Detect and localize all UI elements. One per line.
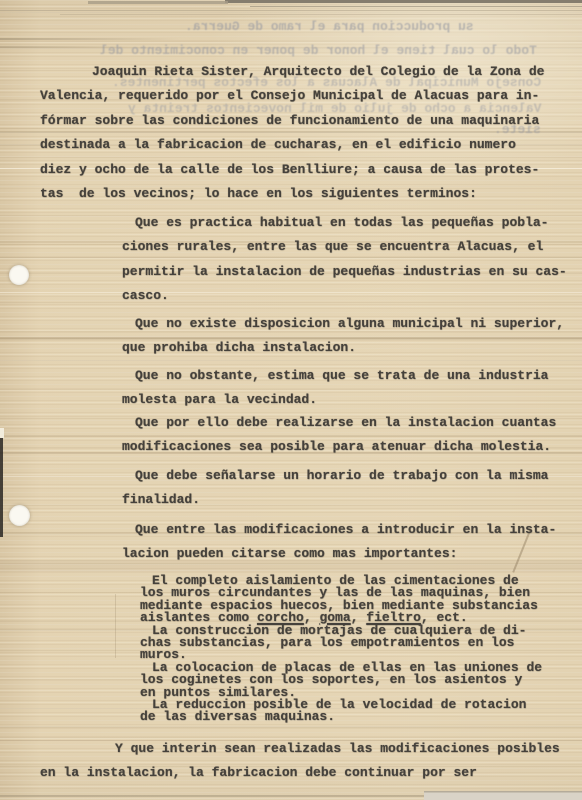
text-line: Que es practica habitual en todas las pe… — [122, 211, 567, 235]
text-line: permitir la instalacion de pequeñas indu… — [122, 260, 567, 284]
modifications-list: El completo aislamiento de las cimentaci… — [140, 575, 542, 724]
page-curl-line — [0, 38, 180, 40]
paragraph-que-4: Que por ello debe realizarse en la insta… — [122, 411, 556, 460]
list-item-line: de las diversas maquinas. — [140, 711, 542, 723]
text-line: lacion pueden citarse como mas important… — [122, 542, 556, 566]
text-line: Joaquin Rieta Sister, Arquitecto del Col… — [40, 60, 544, 84]
text-line: Y que interin sean realizadas las modifi… — [40, 737, 560, 761]
paper-crease — [115, 594, 116, 658]
text-line: tas de los vecinos; lo hace en los sigui… — [40, 182, 544, 206]
scan-edge-sliver — [0, 437, 3, 537]
paragraph-que-6: Que entre las modificaciones a introduci… — [122, 518, 556, 567]
page-top-edge-dark — [225, 0, 582, 3]
text-line: Que entre las modificaciones a introduci… — [122, 518, 556, 542]
text-line: Que por ello debe realizarse en la insta… — [122, 411, 556, 435]
text-line: Valencia, requerido por el Consejo Munic… — [40, 84, 544, 108]
paragraph-closing: Y que interin sean realizadas las modifi… — [40, 737, 560, 786]
document-page: su produccion para el ramo de Guerra. To… — [0, 0, 582, 800]
paragraph-que-5: Que debe señalarse un horario de trabajo… — [122, 464, 548, 513]
punch-hole-top — [9, 265, 29, 285]
list-item-line: chas substancias, para los empotramiento… — [140, 637, 542, 649]
page-top-edge-brown — [88, 1, 228, 4]
paragraph-que-3: Que no obstante, estima que se trata de … — [122, 364, 548, 413]
text-line: Que no obstante, estima que se trata de … — [122, 364, 548, 388]
page-bottom-edge — [424, 791, 582, 800]
text-line: Que debe señalarse un horario de trabajo… — [122, 464, 548, 488]
text-line: fórmar sobre las condiciones de funciona… — [40, 109, 544, 133]
bleed-through-line: su produccion para el ramo de Guerra. — [185, 20, 474, 34]
paragraph-que-1: Que es practica habitual en todas las pe… — [122, 211, 567, 309]
text-line: en la instalacion, la fabricacion debe c… — [40, 761, 560, 785]
text-line: Que no existe disposicion alguna municip… — [122, 312, 564, 336]
text-line: molesta para la vecindad. — [122, 388, 548, 412]
page-stack-line — [60, 14, 582, 15]
scan-edge-sliver-light — [0, 428, 4, 438]
page-stack-line — [0, 10, 582, 11]
bleed-through-line: Todo lo cual tiene el honor de poner en … — [100, 44, 537, 58]
paragraph-intro: Joaquin Rieta Sister, Arquitecto del Col… — [40, 60, 544, 206]
page-stack-line — [250, 6, 582, 7]
text-line: ciones rurales, entre las que se encuent… — [122, 235, 567, 259]
text-line: que prohiba dicha instalacion. — [122, 336, 564, 360]
paragraph-que-2: Que no existe disposicion alguna municip… — [122, 312, 564, 361]
text-line: casco. — [122, 284, 567, 308]
page-bottom-shadow — [0, 795, 424, 797]
text-line: diez y ocho de la calle de los Benlliure… — [40, 158, 544, 182]
punch-hole-bottom — [9, 505, 30, 526]
text-line: finalidad. — [122, 488, 548, 512]
text-line: destinada a la fabricacion de cucharas, … — [40, 133, 544, 157]
text-line: modificaciones sea posible para atenuar … — [122, 435, 556, 459]
